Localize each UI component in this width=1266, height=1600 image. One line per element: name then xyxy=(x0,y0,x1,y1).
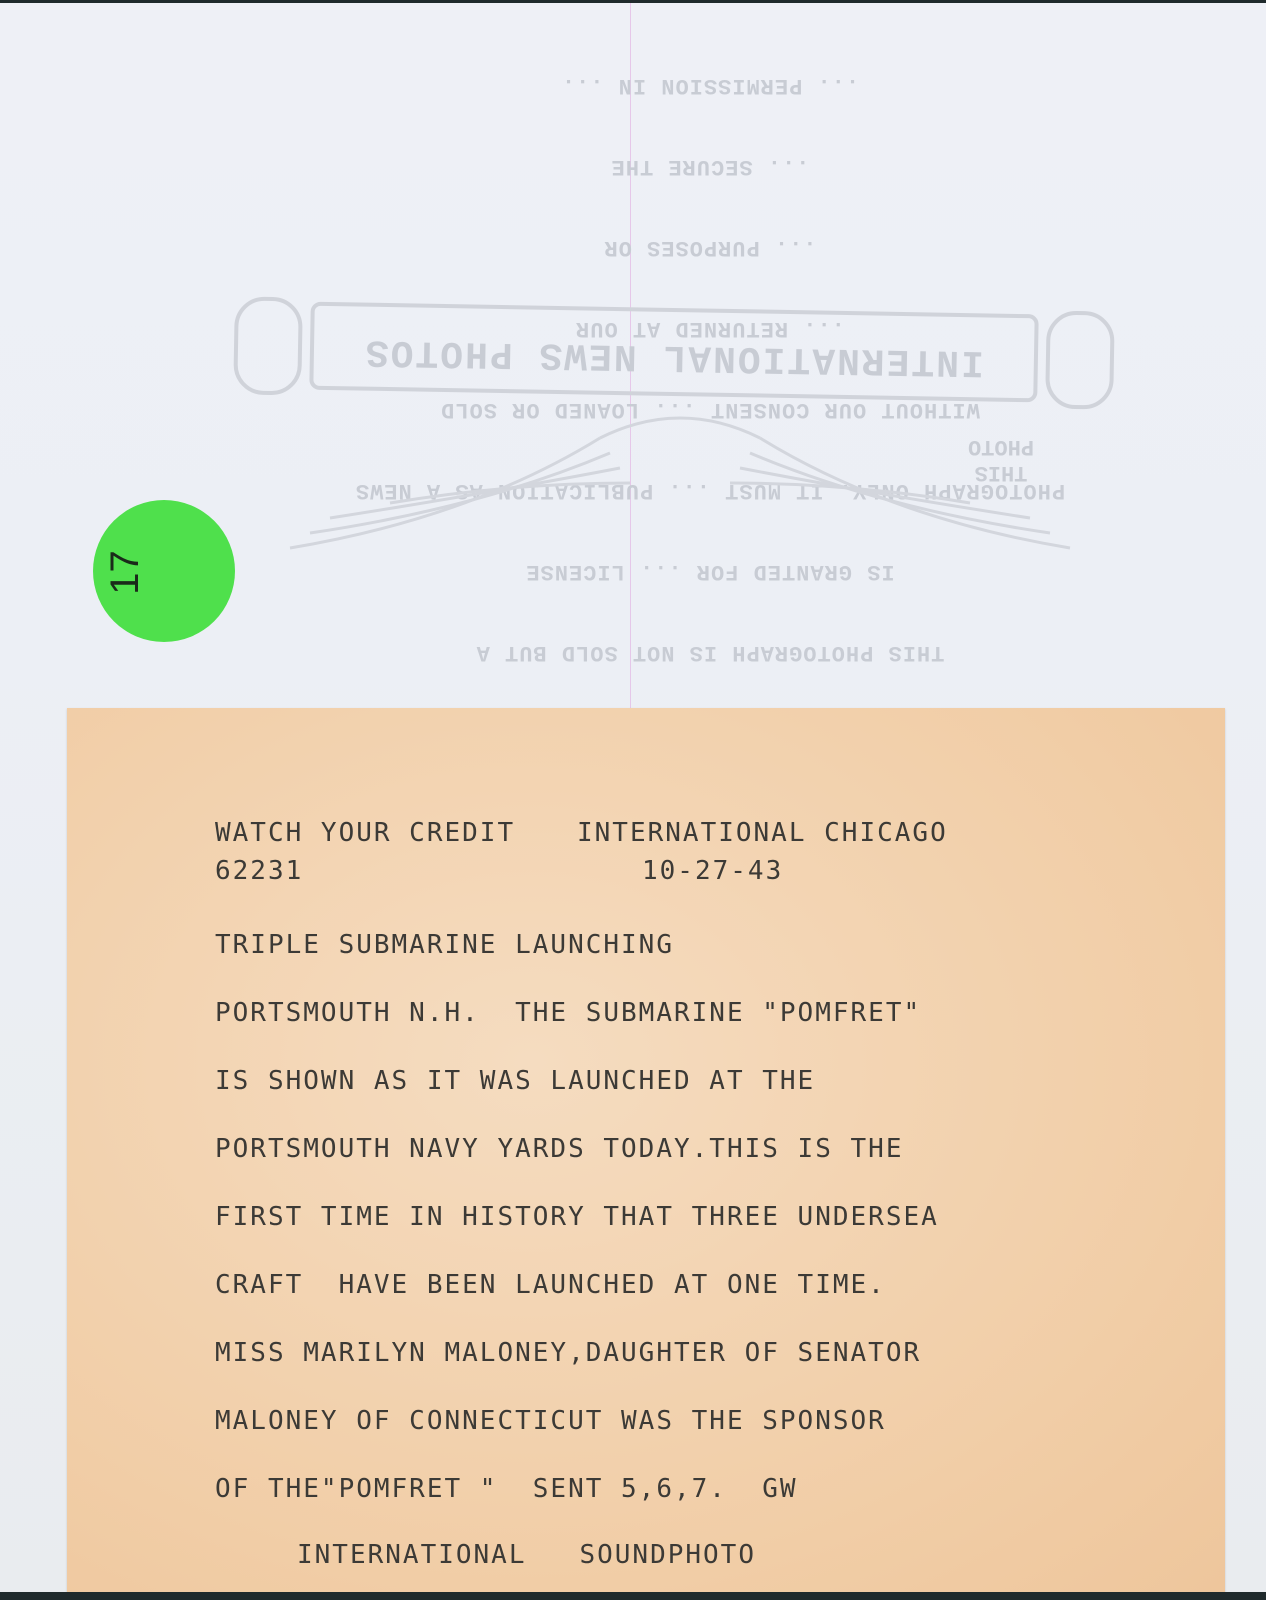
banner-text: INTERNATIONAL NEWS PHOTOS xyxy=(314,329,1035,385)
photo-date: 10-27-43 xyxy=(642,856,783,886)
body-line: MISS MARILYN MALONEY,DAUGHTER OF SENATOR xyxy=(215,1338,921,1368)
body-line: PORTSMOUTH NAVY YARDS TODAY.THIS IS THE xyxy=(215,1134,903,1164)
news-photos-banner-stamp: INTERNATIONAL NEWS PHOTOS xyxy=(309,302,1038,403)
photo-back: 1115 HEARST BLDG. CHICAGO, ILL. SYNDICAT… xyxy=(0,3,1266,1595)
number-sticker: 17 xyxy=(93,500,235,642)
body-line: CRAFT HAVE BEEN LAUNCHED AT ONE TIME. xyxy=(215,1270,886,1300)
body-line: FIRST TIME IN HISTORY THAT THREE UNDERSE… xyxy=(215,1202,939,1232)
body-line: OF THE"POMFRET " SENT 5,6,7. GW xyxy=(215,1474,798,1504)
eagle-emblem-icon xyxy=(270,398,1090,568)
scan-edge xyxy=(0,1592,1266,1600)
body-line: MALONEY OF CONNECTICUT WAS THE SPONSOR xyxy=(215,1406,886,1436)
headline: TRIPLE SUBMARINE LAUNCHING xyxy=(215,930,674,960)
stamp-line: ... PURPOSES OR xyxy=(250,234,1170,261)
scroll-curl-icon xyxy=(1045,310,1115,409)
scroll-curl-icon xyxy=(233,296,303,395)
stamp-line: ... SECURE THE xyxy=(250,153,1170,180)
footer-credit: INTERNATIONAL SOUNDPHOTO xyxy=(297,1540,756,1570)
stamp-line: THIS PHOTOGRAPH IS NOT SOLD BUT A xyxy=(250,639,1170,666)
caption-slip: WATCH YOUR CREDITINTERNATIONAL CHICAGO 6… xyxy=(67,708,1225,1593)
body-line: PORTSMOUTH N.H. THE SUBMARINE "POMFRET" xyxy=(215,998,921,1028)
stamp-line: ... PERMISSION IN ... xyxy=(250,72,1170,99)
body-line: IS SHOWN AS IT WAS LAUNCHED AT THE xyxy=(215,1066,815,1096)
agency-text: INTERNATIONAL CHICAGO xyxy=(577,818,948,848)
photo-number: 62231 xyxy=(215,856,642,886)
number-date-line: 6223110-27-43 xyxy=(215,856,783,886)
watch-credit-text: WATCH YOUR CREDIT xyxy=(215,818,577,848)
credit-line: WATCH YOUR CREDITINTERNATIONAL CHICAGO xyxy=(215,818,948,848)
sticker-number: 17 xyxy=(103,550,148,595)
